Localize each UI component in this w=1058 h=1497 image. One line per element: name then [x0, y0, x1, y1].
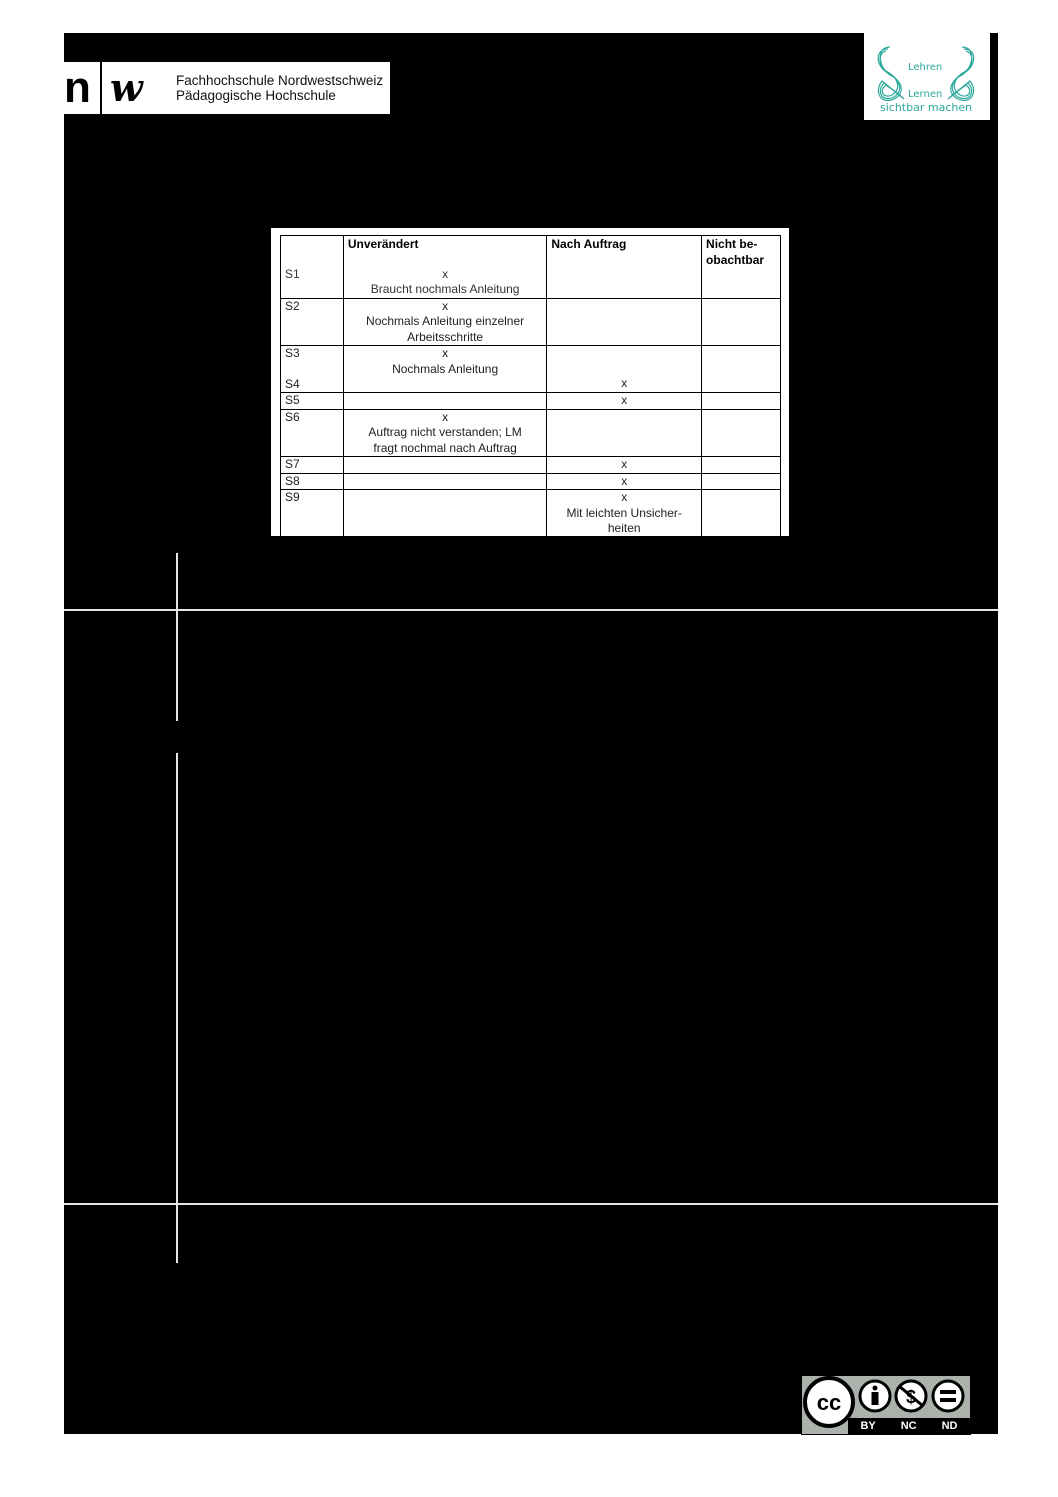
- table-row: S5 x: [281, 393, 781, 410]
- cc-icon: cc: [805, 1378, 853, 1426]
- table-row: S2 x Nochmals Anleitung einzelner Arbeit…: [281, 298, 781, 346]
- column-divider: [176, 553, 178, 721]
- table-row: S6 x Auftrag nicht verstanden; LM fragt …: [281, 409, 781, 457]
- svg-text:sichtbar machen: sichtbar machen: [880, 101, 972, 114]
- column-divider: [176, 753, 178, 1263]
- cc-license-badge: cc $ BY NC ND: [801, 1375, 971, 1435]
- table-row: S3 S4 x Nochmals Anleitung x: [281, 346, 781, 393]
- institution-line-2: Pädagogische Hochschule: [176, 88, 383, 103]
- nc-dollar-icon: $: [896, 1381, 926, 1411]
- section-divider: [64, 609, 998, 611]
- header-nicht-beobachtbar: Nicht be- obachtbar: [702, 236, 781, 299]
- header-student: S1: [281, 236, 344, 299]
- svg-text:Lehren: Lehren: [908, 62, 942, 73]
- table-row: S9 x Mit leichten Unsicher-heiten: [281, 490, 781, 538]
- by-person-icon: [860, 1381, 890, 1411]
- header-unveraendert: Unverändert x Braucht nochmals Anleitung: [343, 236, 547, 299]
- header-nach-auftrag: Nach Auftrag: [547, 236, 702, 299]
- license-label-nc: NC: [901, 1420, 917, 1432]
- table-header-row: S1 Unverändert x Braucht nochmals Anleit…: [281, 236, 781, 299]
- license-label-nd: ND: [942, 1420, 958, 1432]
- lehren-lernen-logo: Lehren Lernen sichtbar machen: [864, 33, 990, 120]
- institution-name: Fachhochschule Nordwestschweiz Pädagogis…: [176, 73, 383, 103]
- logo-mark-w: w: [110, 69, 166, 107]
- license-labels: BY NC ND: [848, 1418, 970, 1434]
- ampersand-knot-icon: Lehren Lernen sichtbar machen: [864, 33, 990, 120]
- license-label-by: BY: [860, 1420, 875, 1432]
- logo-mark-n: n: [64, 66, 98, 110]
- table-row: S8 x: [281, 473, 781, 490]
- fhnw-logo: n w Fachhochschule Nordwestschweiz Pädag…: [64, 62, 390, 114]
- observation-table-image: S1 Unverändert x Braucht nochmals Anleit…: [271, 228, 789, 536]
- observation-table: S1 Unverändert x Braucht nochmals Anleit…: [280, 235, 781, 538]
- logo-divider: [100, 62, 102, 114]
- institution-line-1: Fachhochschule Nordwestschweiz: [176, 73, 383, 88]
- section-divider: [64, 1203, 998, 1205]
- svg-text:Lernen: Lernen: [908, 89, 942, 100]
- svg-text:cc: cc: [817, 1390, 841, 1415]
- table-row: S7 x: [281, 457, 781, 474]
- nd-equals-icon: [933, 1381, 963, 1411]
